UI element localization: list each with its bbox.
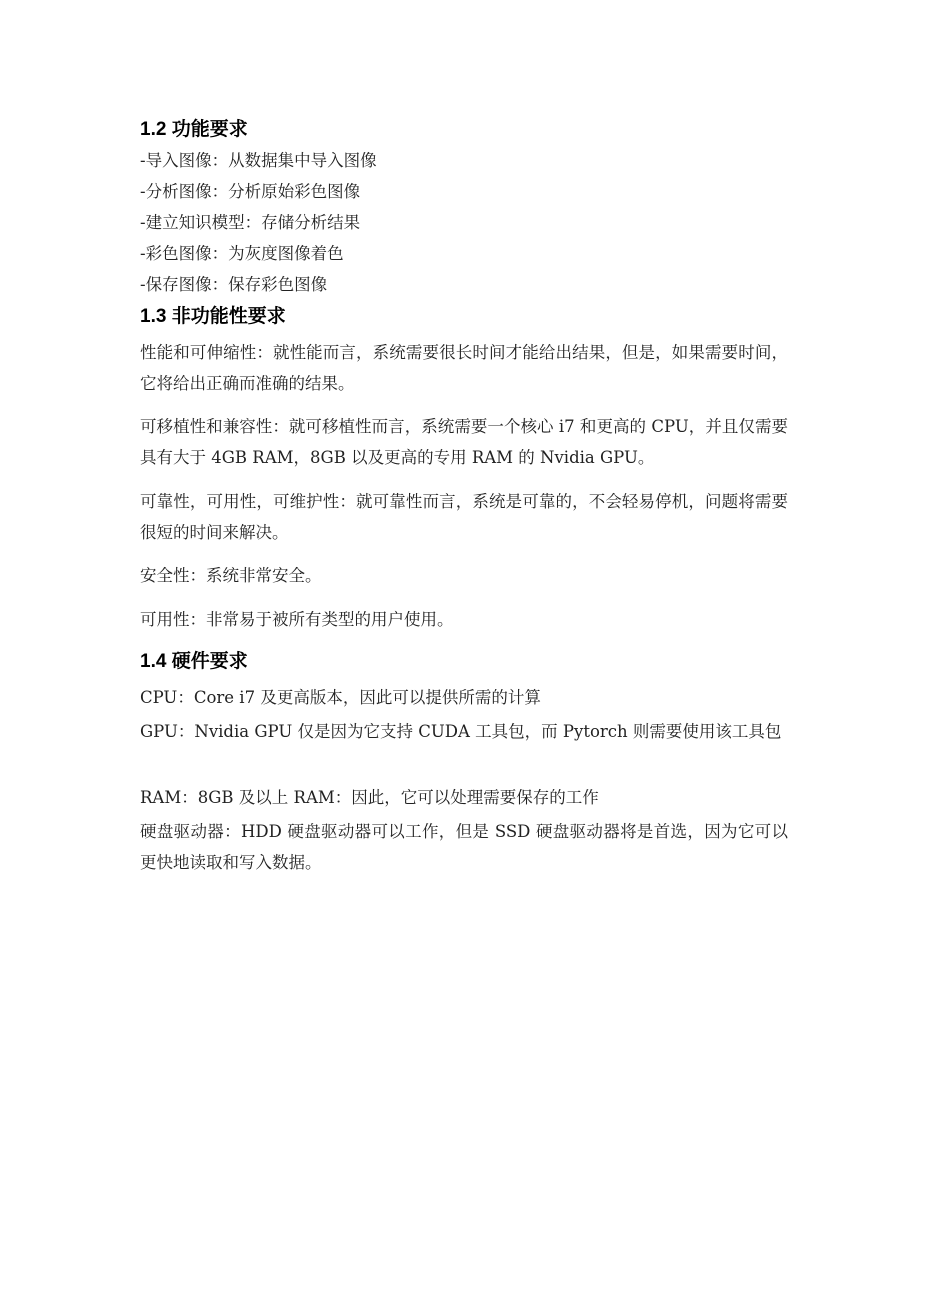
list-item: -导入图像：从数据集中导入图像 <box>140 149 377 173</box>
list-item: -分析图像：分析原始彩色图像 <box>140 180 360 204</box>
list-item: -彩色图像：为灰度图像着色 <box>140 242 344 266</box>
paragraph-ram: RAM：8GB 及以上 RAM：因此，它可以处理需要保存的工作 <box>140 782 788 813</box>
paragraph-disk: 硬盘驱动器：HDD 硬盘驱动器可以工作，但是 SSD 硬盘驱动器将是首选，因为它… <box>140 816 788 878</box>
list-item: -保存图像：保存彩色图像 <box>140 273 327 297</box>
paragraph-security: 安全性：系统非常安全。 <box>140 560 788 591</box>
paragraph-cpu: CPU：Core i7 及更高版本，因此可以提供所需的计算 <box>140 682 788 713</box>
paragraph-reliability: 可靠性，可用性，可维护性：就可靠性而言，系统是可靠的，不会轻易停机，问题将需要很… <box>140 486 788 548</box>
paragraph-performance: 性能和可伸缩性：就性能而言，系统需要很长时间才能给出结果，但是，如果需要时间，它… <box>140 337 788 399</box>
paragraph-portability: 可移植性和兼容性：就可移植性而言，系统需要一个核心 i7 和更高的 CPU，并且… <box>140 411 788 473</box>
section-heading-hardware: 1.4 硬件要求 <box>140 650 248 674</box>
section-heading-functional: 1.2 功能要求 <box>140 118 248 142</box>
section-heading-nonfunctional: 1.3 非功能性要求 <box>140 305 286 329</box>
list-item: -建立知识模型：存储分析结果 <box>140 211 360 235</box>
paragraph-usability: 可用性：非常易于被所有类型的用户使用。 <box>140 604 788 635</box>
paragraph-gpu: GPU：Nvidia GPU 仅是因为它支持 CUDA 工具包，而 Pytorc… <box>140 716 788 747</box>
